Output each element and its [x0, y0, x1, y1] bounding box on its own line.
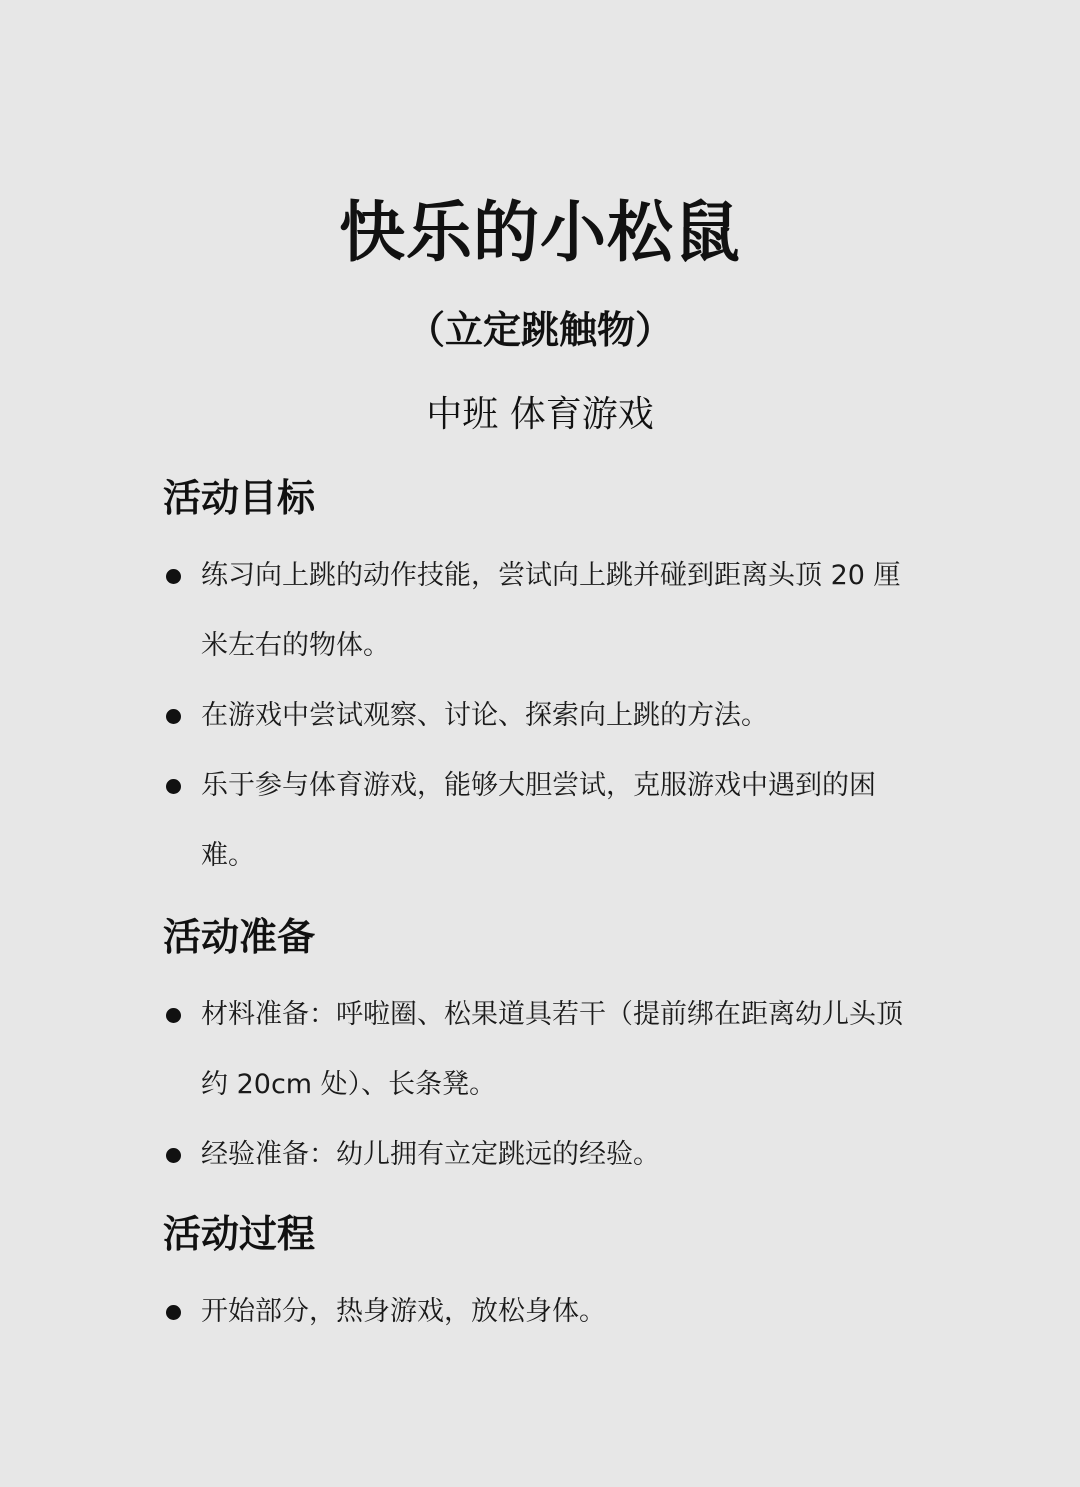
list-item-text: 练习向上跳的动作技能，尝试向上跳并碰到距离头顶 20 厘米左右的物体。: [201, 560, 901, 661]
section-heading-preparation: 活动准备: [163, 909, 315, 965]
bullet-icon: [166, 709, 181, 724]
document-title: 快乐的小松鼠: [0, 188, 1080, 278]
list-item: 在游戏中尝试观察、讨论、探索向上跳的方法。: [163, 681, 923, 751]
list-item-text: 在游戏中尝试观察、讨论、探索向上跳的方法。: [201, 700, 768, 731]
list-item: 乐于参与体育游戏，能够大胆尝试，克服游戏中遇到的困难。: [163, 751, 923, 891]
document-subtitle: （立定跳触物）: [0, 302, 1080, 358]
preparation-list: 材料准备：呼啦圈、松果道具若干（提前绑在距离幼儿头顶约 20cm 处）、长条凳。…: [163, 980, 923, 1190]
list-item-text: 材料准备：呼啦圈、松果道具若干（提前绑在距离幼儿头顶约 20cm 处）、长条凳。: [201, 999, 903, 1100]
section-heading-process: 活动过程: [163, 1206, 315, 1262]
list-item-text: 经验准备：幼儿拥有立定跳远的经验。: [201, 1139, 660, 1170]
bullet-icon: [166, 569, 181, 584]
document-page: 快乐的小松鼠 （立定跳触物） 中班 体育游戏 活动目标 练习向上跳的动作技能，尝…: [0, 0, 1080, 1487]
list-item-text: 开始部分，热身游戏，放松身体。: [201, 1296, 606, 1327]
bullet-icon: [166, 779, 181, 794]
list-item: 经验准备：幼儿拥有立定跳远的经验。: [163, 1120, 923, 1190]
list-item-text: 乐于参与体育游戏，能够大胆尝试，克服游戏中遇到的困难。: [201, 770, 876, 871]
section-heading-goals: 活动目标: [163, 470, 315, 526]
goals-list: 练习向上跳的动作技能，尝试向上跳并碰到距离头顶 20 厘米左右的物体。 在游戏中…: [163, 541, 923, 891]
list-item: 开始部分，热身游戏，放松身体。: [163, 1277, 923, 1347]
bullet-icon: [166, 1305, 181, 1320]
list-item: 材料准备：呼啦圈、松果道具若干（提前绑在距离幼儿头顶约 20cm 处）、长条凳。: [163, 980, 923, 1120]
list-item: 练习向上跳的动作技能，尝试向上跳并碰到距离头顶 20 厘米左右的物体。: [163, 541, 923, 681]
document-category: 中班 体育游戏: [0, 388, 1080, 442]
bullet-icon: [166, 1008, 181, 1023]
process-list: 开始部分，热身游戏，放松身体。: [163, 1277, 923, 1347]
bullet-icon: [166, 1148, 181, 1163]
